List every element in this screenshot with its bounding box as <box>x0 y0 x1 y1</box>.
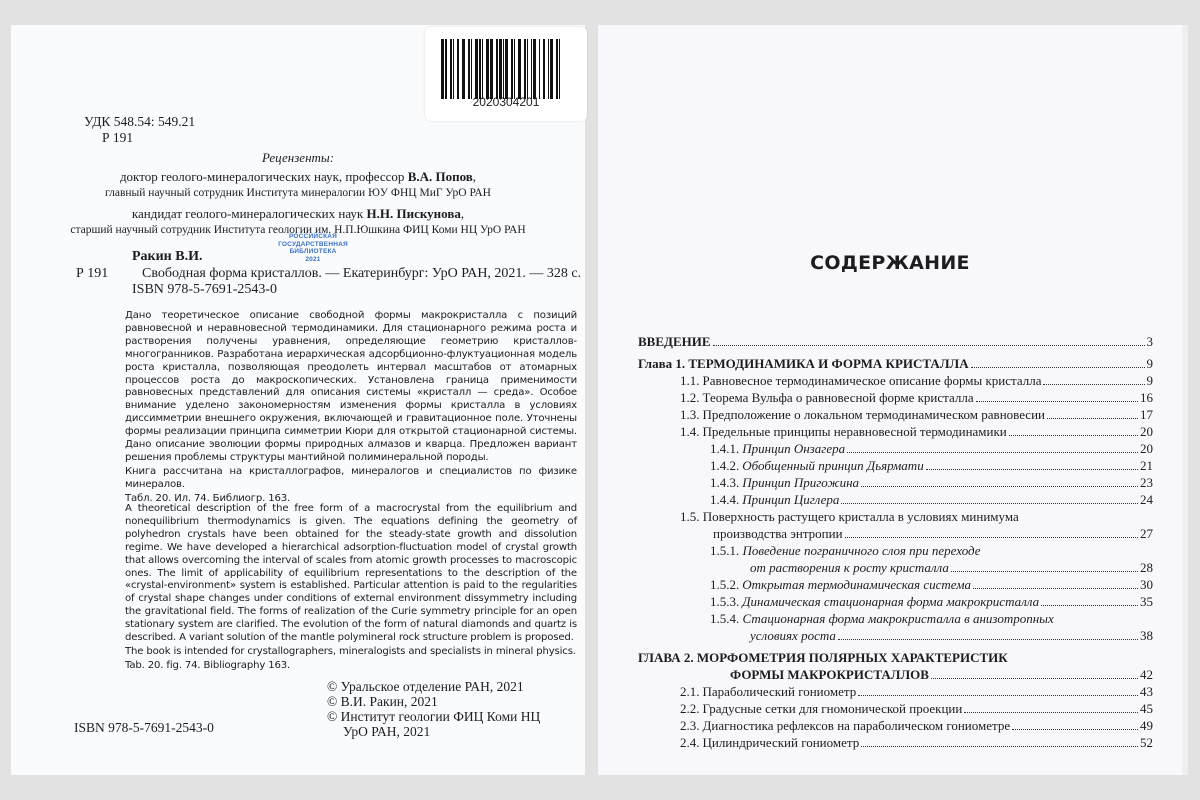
toc-page-number: 24 <box>1140 492 1153 508</box>
abstract-ru-text: Дано теоретическое описание свободной фо… <box>125 310 577 465</box>
stamp-year: 2021 <box>273 256 353 264</box>
dot-leader <box>861 486 1138 487</box>
toc-entry-label: 2.4.Цилиндрический гониометр <box>680 735 859 751</box>
barcode-number: 2020304201 <box>425 95 587 109</box>
dot-leader <box>1009 435 1138 436</box>
dot-leader <box>847 452 1138 453</box>
library-stamp: РОССИЙСКАЯ ГОСУДАРСТВЕННАЯ БИБЛИОТЕКА 20… <box>273 233 353 263</box>
toc-page-number: 16 <box>1140 390 1153 406</box>
toc-entry[interactable]: 1.4.4.Принцип Циглера24 <box>638 491 1153 508</box>
toc-entry[interactable]: ГЛАВА 2. МОРФОМЕТРИЯ ПОЛЯРНЫХ ХАРАКТЕРИС… <box>638 649 1153 683</box>
toc-entry-title-continued: условиях роста <box>750 628 836 644</box>
dot-leader <box>838 639 1138 640</box>
stamp-line: РОССИЙСКАЯ <box>273 233 353 241</box>
toc-entry-number: 1.5.4. <box>710 611 743 626</box>
toc-entry-number: 1.5.3. <box>710 594 739 609</box>
dot-leader <box>1043 384 1144 385</box>
toc-page-number: 45 <box>1140 701 1153 717</box>
reviewer-1-position: главный научный сотрудник Института мине… <box>11 185 585 201</box>
toc-page-number: 30 <box>1140 577 1153 593</box>
toc-page-number: 20 <box>1140 441 1153 457</box>
toc-entry[interactable]: 1.5.2.Открытая термодинамическая система… <box>638 576 1153 593</box>
dot-leader <box>973 588 1138 589</box>
copyright-line: УрО РАН, 2021 <box>327 724 540 739</box>
toc-entry-title: Параболический гониометр <box>703 684 857 699</box>
toc-entry-number: 2.3. <box>680 718 700 733</box>
abstract-ru-audience: Книга рассчитана на кристаллографов, мин… <box>125 466 577 492</box>
toc-entry-title: Теорема Вульфа о равновесной форме крист… <box>703 390 974 405</box>
dot-leader <box>1012 729 1138 730</box>
toc-entry-label: ВВЕДЕНИЕ <box>638 334 711 350</box>
toc-entry-label: 2.3.Диагностика рефлексов на параболичес… <box>680 718 1010 734</box>
toc-entry-label: 1.5.2.Открытая термодинамическая система <box>710 577 971 593</box>
dot-leader <box>951 571 1138 572</box>
bbk-code: Р 191 <box>84 130 195 146</box>
toc-page-number: 35 <box>1140 594 1153 610</box>
toc-entry-title: Принцип Циглера <box>742 492 839 507</box>
toc-entry-number: 1.5.2. <box>710 577 739 592</box>
toc-page-number: 27 <box>1140 526 1153 542</box>
reviewer-2-comma: , <box>461 206 464 221</box>
toc-entry[interactable]: 1.4.1.Принцип Онзагера20 <box>638 440 1153 457</box>
toc-entry-number: 1.4.3. <box>710 475 739 490</box>
toc-entry-title: Открытая термодинамическая система <box>742 577 971 592</box>
toc-page-number: 49 <box>1140 718 1153 734</box>
dot-leader <box>964 712 1138 713</box>
toc-page-number: 9 <box>1147 356 1154 372</box>
toc-entry-label: 1.4.1.Принцип Онзагера <box>710 441 845 457</box>
toc-entry-label: ГЛАВА 2. МОРФОМЕТРИЯ ПОЛЯРНЫХ ХАРАКТЕРИС… <box>638 649 1153 666</box>
copyright-line: © Институт геологии ФИЦ Коми НЦ <box>327 709 540 724</box>
toc-page-number: 23 <box>1140 475 1153 491</box>
toc-page-number: 9 <box>1147 373 1154 389</box>
bibliographic-entry: Свободная форма кристаллов. — Екатеринбу… <box>142 266 581 282</box>
toc-entry[interactable]: 1.5. Поверхность растущего кристалла в у… <box>638 508 1153 542</box>
toc-entry-title: Предельные принципы неравновесной термод… <box>703 424 1007 439</box>
toc-entry-label: 1.4.3.Принцип Пригожина <box>710 475 859 491</box>
toc-page-number: 20 <box>1140 424 1153 440</box>
reviewer-1: доктор геолого-минералогических наук, пр… <box>11 168 585 185</box>
toc-entry-title: Цилиндрический гониометр <box>703 735 860 750</box>
toc-page-number: 21 <box>1140 458 1153 474</box>
toc-entry-label: 2.1.Параболический гониометр <box>680 684 856 700</box>
toc-entry[interactable]: 1.3.Предположение о локальном термодинам… <box>638 406 1153 423</box>
table-of-contents: ВВЕДЕНИЕ3Глава 1. ТЕРМОДИНАМИКА И ФОРМА … <box>638 328 1153 751</box>
isbn-bottom: ISBN 978-5-7691-2543-0 <box>74 720 214 736</box>
toc-entry-title: Поверхность растущего кристалла в услови… <box>703 509 1019 524</box>
dot-leader <box>1041 605 1138 606</box>
toc-entry-label: 2.2.Градусные сетки для гномонической пр… <box>680 701 962 717</box>
toc-entry[interactable]: 1.4.2.Обобщенный принцип Дьярмати21 <box>638 457 1153 474</box>
toc-entry-title: Принцип Онзагера <box>742 441 845 456</box>
toc-entry[interactable]: 1.4.3.Принцип Пригожина23 <box>638 474 1153 491</box>
toc-entry-label: Глава 1. ТЕРМОДИНАМИКА И ФОРМА КРИСТАЛЛА <box>638 356 969 372</box>
toc-page-number: 38 <box>1140 628 1153 644</box>
dot-leader <box>971 367 1145 368</box>
abstract-en-text: A theoretical description of the free fo… <box>125 503 577 645</box>
toc-entry[interactable]: 1.5.3.Динамическая стационарная форма ма… <box>638 593 1153 610</box>
toc-entry-title: Стационарная форма макрокристалла в аниз… <box>743 611 1054 626</box>
abstract-en-audience: The book is intended for crystallographe… <box>125 646 577 659</box>
reviewers-block: Рецензенты: доктор геолого-минералогичес… <box>11 150 585 238</box>
toc-entry-number: 1.5.1. <box>710 543 743 558</box>
author-name: Ракин В.И. <box>132 249 202 265</box>
right-page-contents: СОДЕРЖАНИЕ ВВЕДЕНИЕ3Глава 1. ТЕРМОДИНАМИ… <box>598 25 1188 775</box>
toc-page-number: 3 <box>1147 334 1154 350</box>
toc-entry-label: 1.4.Предельные принципы неравновесной те… <box>680 424 1007 440</box>
copyright-line: © В.И. Ракин, 2021 <box>327 694 540 709</box>
toc-page-number: 42 <box>1140 667 1153 683</box>
toc-entry-number: 1.4. <box>680 424 700 439</box>
dot-leader <box>845 537 1138 538</box>
dot-leader <box>926 469 1138 470</box>
left-page-copyright: УДК 548.54: 549.21 Р 191 2020304201 Реце… <box>11 25 585 775</box>
toc-entry-number: 1.4.4. <box>710 492 739 507</box>
toc-entry[interactable]: 2.2.Градусные сетки для гномонической пр… <box>638 700 1153 717</box>
toc-entry-title: Поведение пограничного слоя при переходе <box>743 543 981 558</box>
toc-entry-title: Принцип Пригожина <box>742 475 859 490</box>
reviewer-1-degree: доктор геолого-минералогических наук, пр… <box>120 169 408 184</box>
toc-entry-label: 1.3.Предположение о локальном термодинам… <box>680 407 1045 423</box>
reviewer-1-comma: , <box>473 169 476 184</box>
toc-entry-number: 1.1. <box>680 373 700 388</box>
toc-entry[interactable]: 1.4.Предельные принципы неравновесной те… <box>638 423 1153 440</box>
udk-code: УДК 548.54: 549.21 <box>84 114 195 130</box>
toc-entry-title: Предположение о локальном термодинамичес… <box>703 407 1046 422</box>
dot-leader <box>713 345 1145 346</box>
toc-entry-label: 1.5.3.Динамическая стационарная форма ма… <box>710 594 1039 610</box>
toc-entry-number: 1.2. <box>680 390 700 405</box>
toc-entry-label: 1.4.2.Обобщенный принцип Дьярмати <box>710 458 924 474</box>
toc-entry[interactable]: 2.4.Цилиндрический гониометр52 <box>638 734 1153 751</box>
reviewer-1-name: В.А. Попов <box>408 169 473 184</box>
toc-page-number: 28 <box>1140 560 1153 576</box>
copyright-block: © Уральское отделение РАН, 2021 © В.И. Р… <box>327 679 540 739</box>
abstract-en-stats: Tab. 20. fig. 74. Bibliography 163. <box>125 660 577 673</box>
toc-entry-title-continued: ФОРМЫ МАКРОКРИСТАЛЛОВ <box>730 667 929 683</box>
copyright-line: © Уральское отделение РАН, 2021 <box>327 679 540 694</box>
toc-entry-label: 1.4.4.Принцип Циглера <box>710 492 839 508</box>
toc-entry-title-continued: от растворения к росту кристалла <box>750 560 949 576</box>
stamp-line: БИБЛИОТЕКА <box>273 248 353 256</box>
toc-entry-number: 1.4.2. <box>710 458 739 473</box>
dot-leader <box>931 678 1138 679</box>
toc-entry[interactable]: 2.3.Диагностика рефлексов на параболичес… <box>638 717 1153 734</box>
toc-entry[interactable]: 1.2.Теорема Вульфа о равновесной форме к… <box>638 389 1153 406</box>
toc-entry-number: 2.2. <box>680 701 700 716</box>
abstract-russian: Дано теоретическое описание свободной фо… <box>125 310 577 506</box>
reviewer-2-name: Н.Н. Пискунова <box>367 206 461 221</box>
reviewers-heading: Рецензенты: <box>11 150 585 166</box>
toc-entry[interactable]: Глава 1. ТЕРМОДИНАМИКА И ФОРМА КРИСТАЛЛА… <box>638 355 1153 372</box>
classification-block: УДК 548.54: 549.21 Р 191 <box>84 114 195 146</box>
toc-entry-label: 1.2.Теорема Вульфа о равновесной форме к… <box>680 390 974 406</box>
toc-entry-number: 1.3. <box>680 407 700 422</box>
toc-entry[interactable]: 2.1.Параболический гониометр43 <box>638 683 1153 700</box>
toc-entry-label: 1.5.1. Поведение пограничного слоя при п… <box>710 542 1153 559</box>
toc-page-number: 17 <box>1140 407 1153 423</box>
toc-entry-number: 2.1. <box>680 684 700 699</box>
reviewer-2-degree: кандидат геолого-минералогических наук <box>132 206 367 221</box>
dot-leader <box>861 746 1138 747</box>
dot-leader <box>976 401 1138 402</box>
toc-page-number: 52 <box>1140 735 1153 751</box>
toc-entry[interactable]: 1.5.4. Стационарная форма макрокристалла… <box>638 610 1153 644</box>
toc-entry[interactable]: 1.1.Равновесное термодинамическое описан… <box>638 372 1153 389</box>
isbn-top: ISBN 978-5-7691-2543-0 <box>132 282 277 298</box>
toc-entry-title-continued: производства энтропии <box>713 526 843 542</box>
toc-entry[interactable]: 1.5.1. Поведение пограничного слоя при п… <box>638 542 1153 576</box>
stamp-line: ГОСУДАРСТВЕННАЯ <box>273 241 353 249</box>
toc-entry-number: 1.4.1. <box>710 441 739 456</box>
toc-entry-title: Диагностика рефлексов на параболическом … <box>703 718 1011 733</box>
toc-entry[interactable]: ВВЕДЕНИЕ3 <box>638 333 1153 350</box>
abstract-english: A theoretical description of the free fo… <box>125 503 577 673</box>
toc-entry-title: Динамическая стационарная форма макрокри… <box>742 594 1039 609</box>
toc-entry-number: 2.4. <box>680 735 700 750</box>
dot-leader <box>858 695 1138 696</box>
margin-code: Р 191 <box>76 266 108 282</box>
contents-title: СОДЕРЖАНИЕ <box>598 252 1182 274</box>
dot-leader <box>841 503 1138 504</box>
toc-entry-label: 1.1.Равновесное термодинамическое описан… <box>680 373 1041 389</box>
toc-entry-title: Градусные сетки для гномонической проекц… <box>703 701 963 716</box>
library-barcode-sticker: 2020304201 <box>425 27 587 121</box>
dot-leader <box>1047 418 1138 419</box>
toc-entry-label: 1.5.4. Стационарная форма макрокристалла… <box>710 610 1153 627</box>
barcode-icon <box>441 39 587 99</box>
toc-entry-label: 1.5. Поверхность растущего кристалла в у… <box>680 508 1153 525</box>
reviewer-2: кандидат геолого-минералогических наук Н… <box>11 205 585 222</box>
toc-page-number: 43 <box>1140 684 1153 700</box>
toc-entry-title: Обобщенный принцип Дьярмати <box>742 458 923 473</box>
toc-entry-number: 1.5. <box>680 509 703 524</box>
toc-entry-title: Равновесное термодинамическое описание ф… <box>703 373 1042 388</box>
